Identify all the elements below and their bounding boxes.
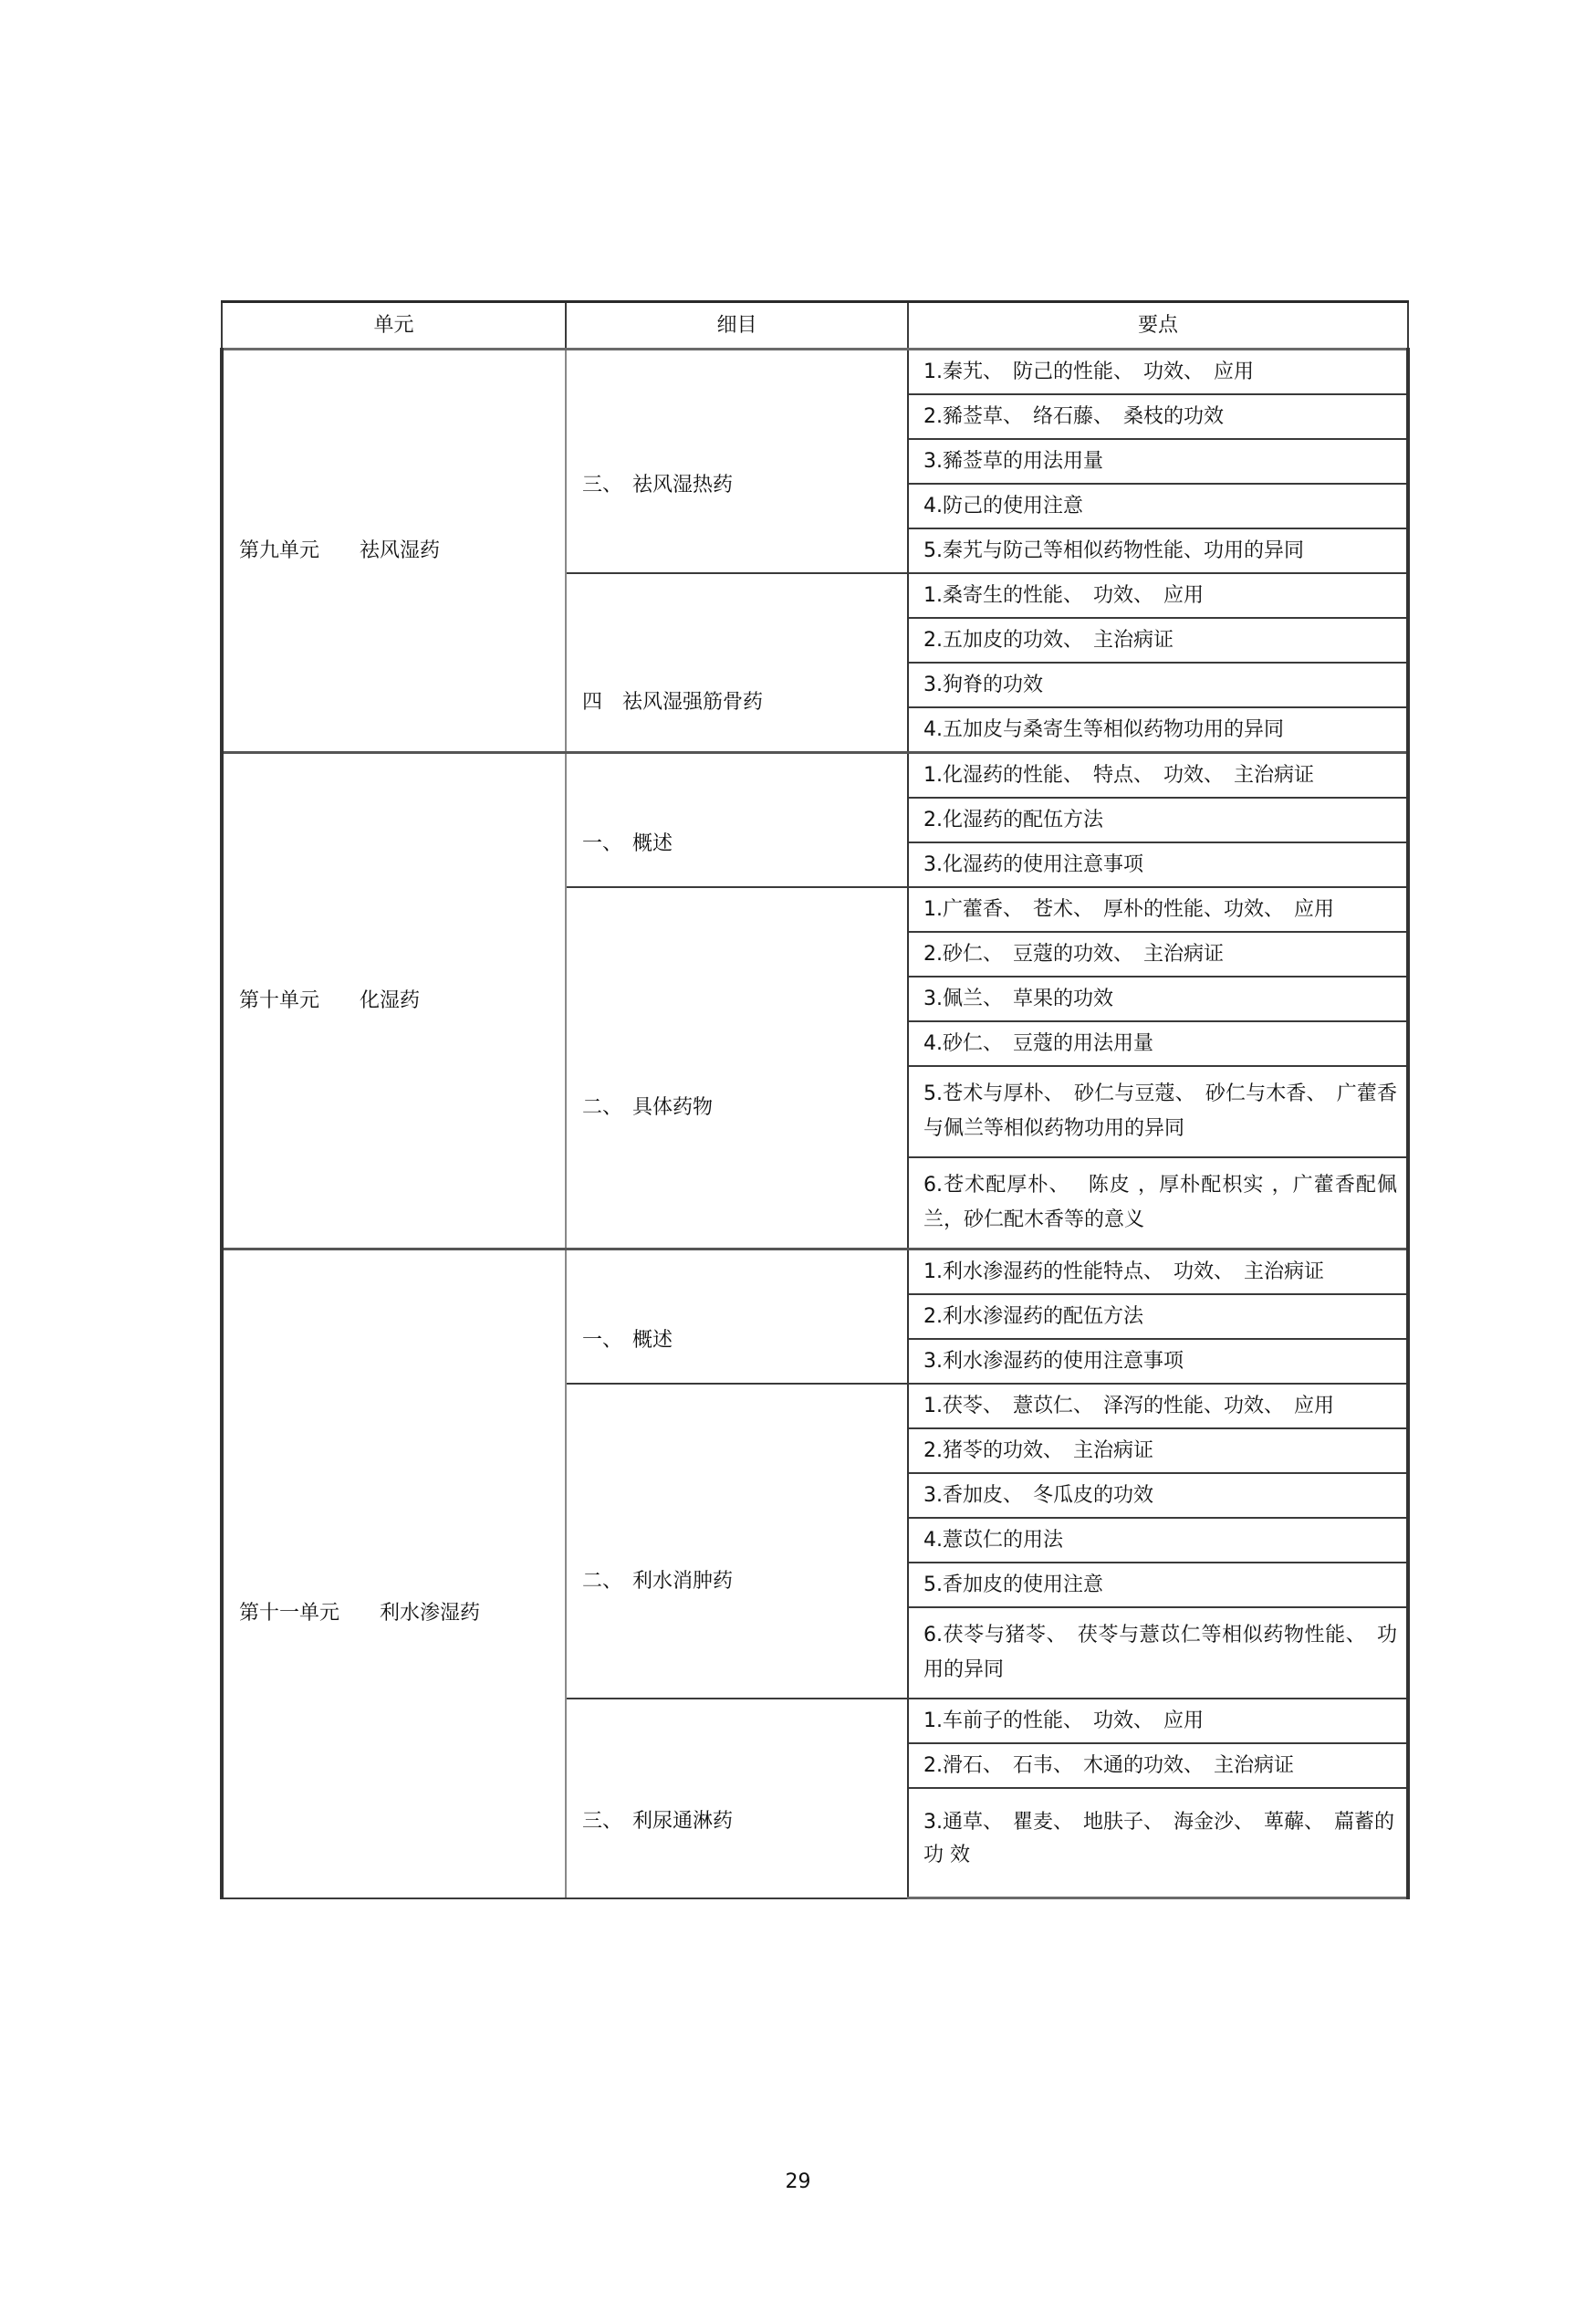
point-cell: 3.豨莶草的用法用量 bbox=[908, 439, 1408, 484]
detail-cell: 一、 概述 bbox=[566, 753, 908, 888]
point-cell: 3.利水渗湿药的使用注意事项 bbox=[908, 1339, 1408, 1384]
point-cell: 2.五加皮的功效、 主治病证 bbox=[908, 618, 1408, 663]
table-header-row: 单元 细目 要点 bbox=[222, 302, 1408, 350]
header-detail: 细目 bbox=[566, 302, 908, 350]
page-number: 29 bbox=[0, 2170, 1596, 2193]
point-cell: 4.防己的使用注意 bbox=[908, 484, 1408, 528]
detail-cell: 三、 利尿通淋药 bbox=[566, 1699, 908, 1898]
header-point: 要点 bbox=[908, 302, 1408, 350]
point-cell: 2.砂仁、 豆蔻的功效、 主治病证 bbox=[908, 932, 1408, 977]
detail-cell: 二、 利水消肿药 bbox=[566, 1384, 908, 1699]
point-cell: 1.茯苓、 薏苡仁、 泽泻的性能、功效、 应用 bbox=[908, 1384, 1408, 1428]
point-cell: 3.化湿药的使用注意事项 bbox=[908, 842, 1408, 887]
point-cell: 5.秦艽与防己等相似药物性能、功用的异同 bbox=[908, 528, 1408, 573]
point-cell: 1.利水渗湿药的性能特点、 功效、 主治病证 bbox=[908, 1249, 1408, 1295]
detail-cell: 一、 概述 bbox=[566, 1249, 908, 1385]
detail-label: 四 祛风湿强筋骨药 bbox=[582, 691, 763, 714]
point-cell: 1.秦艽、 防己的性能、 功效、 应用 bbox=[908, 350, 1408, 395]
point-cell: 2.豨莶草、 络石藤、 桑枝的功效 bbox=[908, 394, 1408, 439]
detail-cell: 二、 具体药物 bbox=[566, 887, 908, 1249]
header-unit: 单元 bbox=[222, 302, 566, 350]
point-cell: 4.五加皮与桑寄生等相似药物功用的异同 bbox=[908, 707, 1408, 753]
detail-cell: 四 祛风湿强筋骨药 bbox=[566, 573, 908, 753]
point-cell: 2.化湿药的配伍方法 bbox=[908, 798, 1408, 842]
point-cell: 1.桑寄生的性能、 功效、 应用 bbox=[908, 573, 1408, 618]
point-cell: 1.车前子的性能、 功效、 应用 bbox=[908, 1699, 1408, 1743]
point-cell: 4.薏苡仁的用法 bbox=[908, 1518, 1408, 1563]
table-row: 第十单元 化湿药 一、 概述 1.化湿药的性能、 特点、 功效、 主治病证 bbox=[222, 753, 1408, 799]
point-cell: 3.狗脊的功效 bbox=[908, 663, 1408, 707]
point-cell: 2.猪苓的功效、 主治病证 bbox=[908, 1428, 1408, 1473]
document-page: 单元 细目 要点 第九单元 祛风湿药 三、 祛风湿热药 1.秦艽、 防己的性能、… bbox=[0, 0, 1596, 2300]
point-cell: 1.广藿香、 苍术、 厚朴的性能、功效、 应用 bbox=[908, 887, 1408, 932]
detail-cell: 三、 祛风湿热药 bbox=[566, 350, 908, 574]
detail-label: 一、 概述 bbox=[582, 1329, 673, 1352]
unit-cell: 第十单元 化湿药 bbox=[222, 753, 566, 1249]
unit-label: 第十一单元 利水渗湿药 bbox=[239, 1602, 480, 1625]
unit-cell: 第十一单元 利水渗湿药 bbox=[222, 1249, 566, 1898]
table-row: 第九单元 祛风湿药 三、 祛风湿热药 1.秦艽、 防己的性能、 功效、 应用 bbox=[222, 350, 1408, 395]
point-cell: 6.苍术配厚朴、 陈皮 ，厚朴配枳实 ，广藿香配佩 兰，砂仁配木香等的意义 bbox=[908, 1157, 1408, 1249]
point-cell: 4.砂仁、 豆蔻的用法用量 bbox=[908, 1021, 1408, 1066]
detail-label: 一、 概述 bbox=[582, 832, 673, 855]
point-cell: 3.佩兰、 草果的功效 bbox=[908, 977, 1408, 1021]
unit-cell: 第九单元 祛风湿药 bbox=[222, 350, 566, 753]
table-row: 第十一单元 利水渗湿药 一、 概述 1.利水渗湿药的性能特点、 功效、 主治病证 bbox=[222, 1249, 1408, 1295]
point-cell: 1.化湿药的性能、 特点、 功效、 主治病证 bbox=[908, 753, 1408, 799]
detail-label: 三、 利尿通淋药 bbox=[582, 1810, 733, 1833]
point-cell: 5.香加皮的使用注意 bbox=[908, 1563, 1408, 1607]
detail-label: 二、 具体药物 bbox=[582, 1096, 713, 1119]
point-cell: 5.苍术与厚朴、 砂仁与豆蔻、 砂仁与木香、 广藿香 与佩兰等相似药物功用的异同 bbox=[908, 1066, 1408, 1157]
point-text: 3.通草、 瞿麦、 地肤子、 海金沙、 萆薢、 萹蓄的功 效 bbox=[923, 1811, 1394, 1866]
point-cell: 3.通草、 瞿麦、 地肤子、 海金沙、 萆薢、 萹蓄的功 效 bbox=[908, 1788, 1408, 1898]
detail-label: 二、 利水消肿药 bbox=[582, 1570, 733, 1593]
syllabus-table: 单元 细目 要点 第九单元 祛风湿药 三、 祛风湿热药 1.秦艽、 防己的性能、… bbox=[220, 300, 1410, 1899]
detail-label: 三、 祛风湿热药 bbox=[582, 474, 733, 497]
point-cell: 6.茯苓与猪苓、 茯苓与薏苡仁等相似药物性能、 功用的异同 bbox=[908, 1607, 1408, 1699]
point-cell: 2.滑石、 石韦、 木通的功效、 主治病证 bbox=[908, 1743, 1408, 1788]
point-cell: 2.利水渗湿药的配伍方法 bbox=[908, 1294, 1408, 1339]
point-cell: 3.香加皮、 冬瓜皮的功效 bbox=[908, 1473, 1408, 1518]
